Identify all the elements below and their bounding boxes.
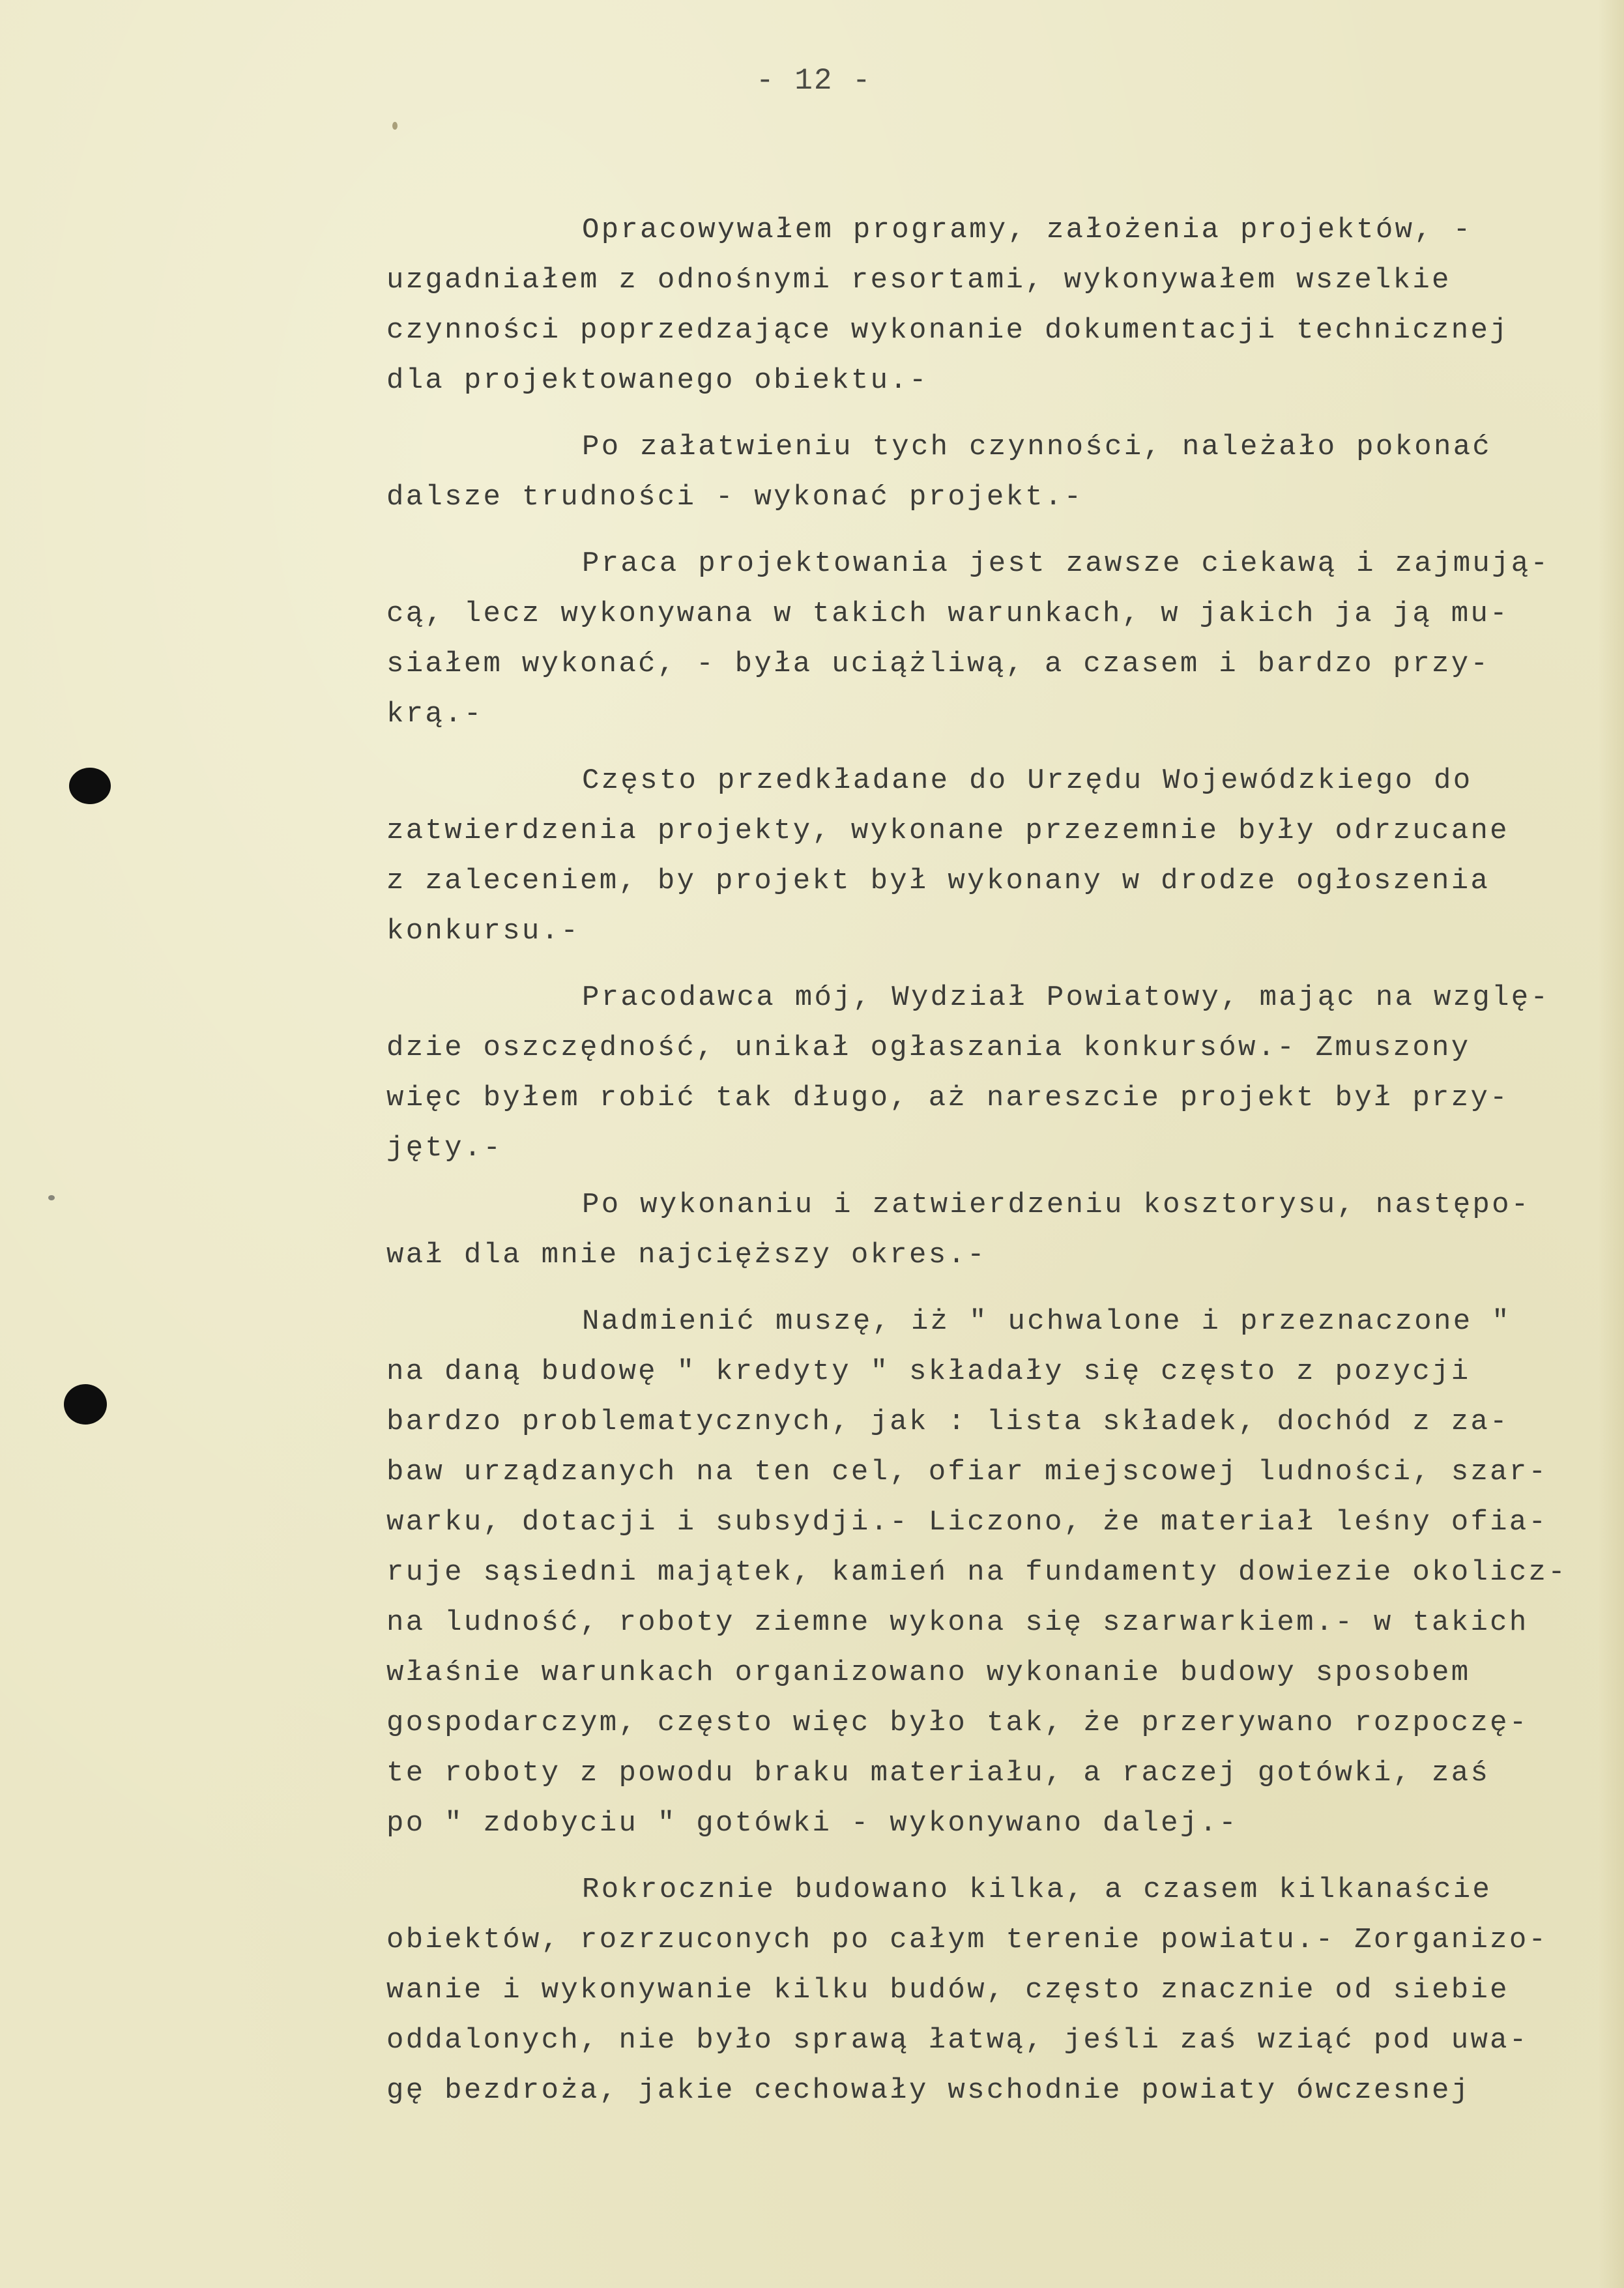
paragraph-6: Po wykonaniu i zatwierdzeniu kosztorysu,…	[386, 1180, 1599, 1281]
text-line: Po załatwieniu tych czynności, należało …	[386, 422, 1599, 472]
text-line: więc byłem robić tak długo, aż nareszcie…	[386, 1073, 1599, 1123]
text-line: gę bezdroża, jakie cechowały wschodnie p…	[386, 2066, 1599, 2116]
text-line: po " zdobyciu " gotówki - wykonywano dal…	[386, 1799, 1599, 1849]
text-line: Po wykonaniu i zatwierdzeniu kosztorysu,…	[386, 1180, 1599, 1230]
text-line: zatwierdzenia projekty, wykonane przezem…	[386, 806, 1599, 856]
text-line: krą.-	[386, 689, 1599, 740]
text-line: siałem wykonać, - była uciążliwą, a czas…	[386, 639, 1599, 689]
paragraph-1: Opracowywałem programy, założenia projek…	[386, 205, 1599, 406]
paragraph-5: Pracodawca mój, Wydział Powiatowy, mając…	[386, 973, 1599, 1174]
paragraph-3: Praca projektowania jest zawsze ciekawą …	[386, 539, 1599, 740]
paragraph-2: Po załatwieniu tych czynności, należało …	[386, 422, 1599, 523]
punch-hole-bottom	[64, 1384, 107, 1425]
punch-hole-top	[69, 768, 111, 804]
paragraph-4: Często przedkładane do Urzędu Wojewódzki…	[386, 756, 1599, 957]
text-line: Rokrocznie budowano kilka, a czasem kilk…	[386, 1865, 1599, 1915]
text-line: warku, dotacji i subsydji.- Liczono, że …	[386, 1498, 1599, 1548]
paper-speck	[48, 1195, 55, 1200]
text-line: te roboty z powodu braku materiału, a ra…	[386, 1748, 1599, 1799]
text-line: uzgadniałem z odnośnymi resortami, wykon…	[386, 255, 1599, 306]
text-line: na ludność, roboty ziemne wykona się sza…	[386, 1598, 1599, 1648]
paper-speck	[392, 122, 398, 130]
text-line: czynności poprzedzające wykonanie dokume…	[386, 306, 1599, 356]
text-line: Pracodawca mój, Wydział Powiatowy, mając…	[386, 973, 1599, 1023]
text-line: baw urządzanych na ten cel, ofiar miejsc…	[386, 1447, 1599, 1498]
text-line: wał dla mnie najcięższy okres.-	[386, 1230, 1599, 1281]
text-line: jęty.-	[386, 1123, 1599, 1174]
text-line: z zaleceniem, by projekt był wykonany w …	[386, 856, 1599, 906]
paragraph-7: Nadmienić muszę, iż " uchwalone i przezn…	[386, 1297, 1599, 1849]
text-line: wanie i wykonywanie kilku budów, często …	[386, 1965, 1599, 2016]
text-line: bardzo problematycznych, jak : lista skł…	[386, 1397, 1599, 1447]
text-line: Często przedkładane do Urzędu Wojewódzki…	[386, 756, 1599, 806]
text-line: gospodarczym, często więc było tak, że p…	[386, 1698, 1599, 1748]
page-number: - 12 -	[756, 64, 872, 98]
page-edge-shadow	[1598, 0, 1624, 2288]
paper-page: - 12 - Opracowywałem programy, założenia…	[0, 0, 1624, 2288]
text-line: oddalonych, nie było sprawą łatwą, jeśli…	[386, 2016, 1599, 2066]
text-line: ruje sąsiedni majątek, kamień na fundame…	[386, 1548, 1599, 1598]
text-line: konkursu.-	[386, 906, 1599, 957]
text-line: dzie oszczędność, unikał ogłaszania konk…	[386, 1023, 1599, 1073]
body-text: Opracowywałem programy, założenia projek…	[386, 205, 1599, 2116]
text-line: Opracowywałem programy, założenia projek…	[386, 205, 1599, 255]
text-line: Nadmienić muszę, iż " uchwalone i przezn…	[386, 1297, 1599, 1347]
text-line: cą, lecz wykonywana w takich warunkach, …	[386, 589, 1599, 639]
paragraph-8: Rokrocznie budowano kilka, a czasem kilk…	[386, 1865, 1599, 2116]
text-line: dalsze trudności - wykonać projekt.-	[386, 472, 1599, 523]
text-line: Praca projektowania jest zawsze ciekawą …	[386, 539, 1599, 589]
text-line: na daną budowę " kredyty " składały się …	[386, 1347, 1599, 1397]
text-line: właśnie warunkach organizowano wykonanie…	[386, 1648, 1599, 1698]
text-line: obiektów, rozrzuconych po całym terenie …	[386, 1915, 1599, 1965]
text-line: dla projektowanego obiektu.-	[386, 356, 1599, 406]
